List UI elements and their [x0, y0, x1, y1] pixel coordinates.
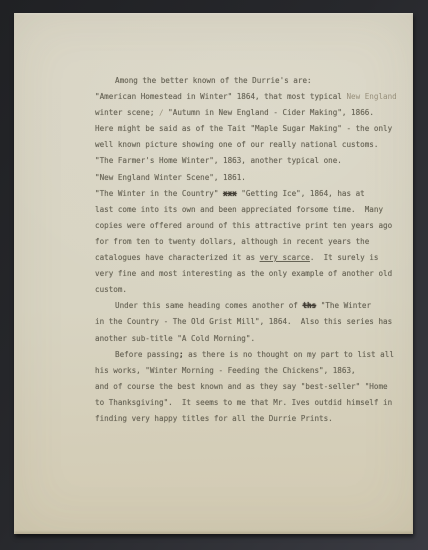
struck-out-text: ths [302, 301, 316, 310]
text-line: for from ten to twenty dollars, although… [95, 234, 403, 250]
text-segment: "American Homestead in Winter" 1864, tha… [95, 92, 346, 101]
underlined-text: very scarce [260, 253, 310, 262]
text-segment: Among the better known of the Durrie's a… [115, 76, 312, 85]
text-line: finding very happy titles for all the Du… [95, 411, 403, 427]
text-line: another sub-title "A Cold Morning". [95, 331, 403, 347]
text-segment: very fine and most interesting as the on… [95, 269, 392, 278]
struck-out-text: xxx [223, 189, 237, 198]
text-line: "American Homestead in Winter" 1864, tha… [95, 89, 403, 105]
text-segment: as there is no thought on my part to lis… [184, 350, 394, 359]
text-line: copies were offered around of this attra… [95, 218, 403, 234]
text-segment: Before passing [115, 350, 179, 359]
text-segment: another sub-title "A Cold Morning". [95, 334, 255, 343]
text-segment: Here might be said as of the Tait "Maple… [95, 124, 392, 133]
text-line: winter scene; ∕ "Autumn in New England -… [95, 105, 403, 121]
faded-text: ∕ [159, 108, 168, 117]
text-line: his works, "Winter Morning - Feeding the… [95, 363, 403, 379]
text-segment: last come into its own and been apprecia… [95, 205, 383, 214]
text-segment: for from ten to twenty dollars, although… [95, 237, 369, 246]
text-line: in the Country - The Old Grist Mill", 18… [95, 314, 403, 330]
text-line: "New England Winter Scene", 1861. [95, 170, 403, 186]
text-line: Among the better known of the Durrie's a… [95, 73, 403, 89]
text-segment: "Getting Ice", 1864, has at [237, 189, 365, 198]
text-segment: . It surely is [310, 253, 379, 262]
text-segment: in the Country - The Old Grist Mill", 18… [95, 317, 392, 326]
photo-background: Among the better known of the Durrie's a… [0, 0, 428, 550]
text-segment: to Thanksgiving". It seems to me that Mr… [95, 398, 392, 407]
text-line: "The Winter in the Country" xxx "Getting… [95, 186, 403, 202]
text-segment: Under this same heading comes another of [115, 301, 302, 310]
text-segment: winter scene; [95, 108, 159, 117]
text-segment: "The Winter [316, 301, 371, 310]
text-segment: "The Winter in the Country" [95, 189, 223, 198]
text-line: Under this same heading comes another of… [95, 298, 403, 314]
text-line: to Thanksgiving". It seems to me that Mr… [95, 395, 403, 411]
text-line: catalogues have characterized it as very… [95, 250, 403, 266]
text-segment: custom. [95, 285, 127, 294]
text-segment: well known picture showing one of our re… [95, 140, 378, 149]
text-segment: copies were offered around of this attra… [95, 221, 392, 230]
text-segment: finding very happy titles for all the Du… [95, 414, 333, 423]
text-line: Here might be said as of the Tait "Maple… [95, 121, 403, 137]
text-line: Before passing; as there is no thought o… [95, 347, 403, 363]
faded-text: New England [346, 92, 396, 101]
text-segment: catalogues have characterized it as [95, 253, 260, 262]
text-line: custom. [95, 282, 403, 298]
text-line: "The Farmer's Home Winter", 1863, anothe… [95, 153, 403, 169]
text-line: well known picture showing one of our re… [95, 137, 403, 153]
text-line: very fine and most interesting as the on… [95, 266, 403, 282]
text-segment: "The Farmer's Home Winter", 1863, anothe… [95, 156, 342, 165]
document-text: Among the better known of the Durrie's a… [95, 73, 403, 427]
document-page: Among the better known of the Durrie's a… [14, 13, 413, 534]
text-line: last come into its own and been apprecia… [95, 202, 403, 218]
text-line: and of course the best known and as they… [95, 379, 403, 395]
text-segment: his works, "Winter Morning - Feeding the… [95, 366, 356, 375]
text-segment: "New England Winter Scene", 1861. [95, 173, 246, 182]
text-segment: "Autumn in New England - Cider Making", … [168, 108, 374, 117]
text-segment: and of course the best known and as they… [95, 382, 388, 391]
